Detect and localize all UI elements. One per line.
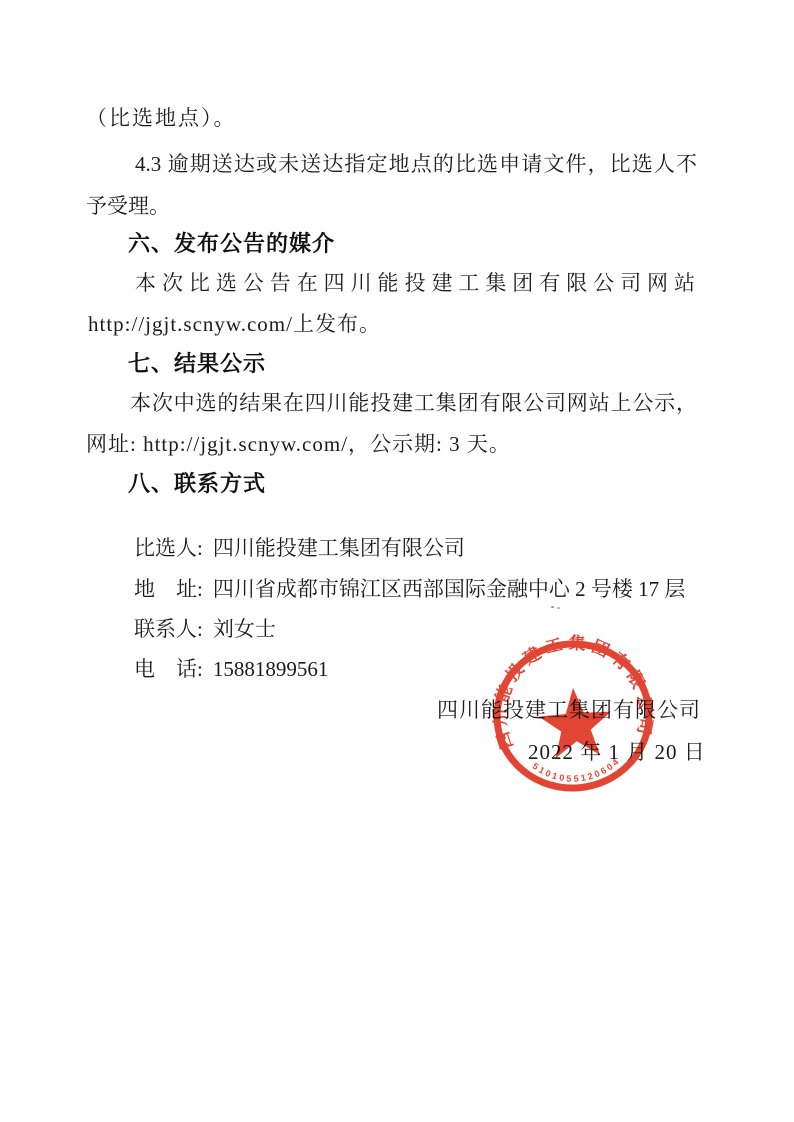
- company-seal-stamp: 四川能投建工集团有限公司 5101055120604: [477, 625, 668, 807]
- section6-url-line: http://jgjt.scnyw.com/上发布。: [88, 309, 381, 339]
- clause-4-3-line2: 予受理。: [86, 191, 170, 221]
- document-page: （比选地点）。 4.3 逾期送达或未送达指定地点的比选申请文件，比选人不 予受理…: [0, 0, 794, 1122]
- section7-heading: 七、结果公示: [128, 349, 266, 379]
- section8-heading: 八、联系方式: [128, 469, 266, 499]
- section6-heading: 六、发布公告的媒介: [128, 229, 335, 259]
- section7-url-line: 网址: http://jgjt.scnyw.com/，公示期: 3 天。: [86, 429, 511, 459]
- contact-label: 电 话:: [134, 657, 203, 681]
- intro-tail-line: （比选地点）。: [86, 103, 237, 133]
- contact-row-phone: 电 话:15881899561: [113, 628, 328, 708]
- section6-line1: 本次比选公告在四川能投建工集团有限公司网站: [135, 268, 695, 298]
- scan-speck: [551, 606, 554, 608]
- clause-4-3-line1: 4.3 逾期送达或未送达指定地点的比选申请文件，比选人不: [135, 149, 697, 179]
- star-icon: [537, 685, 614, 759]
- section7-line1: 本次中选的结果在四川能投建工集团有限公司网站上公示，: [130, 388, 697, 418]
- contact-value: 四川省成都市锦江区西部国际金融中心 2 号楼 17 层: [213, 577, 686, 601]
- contact-value: 15881899561: [213, 657, 329, 681]
